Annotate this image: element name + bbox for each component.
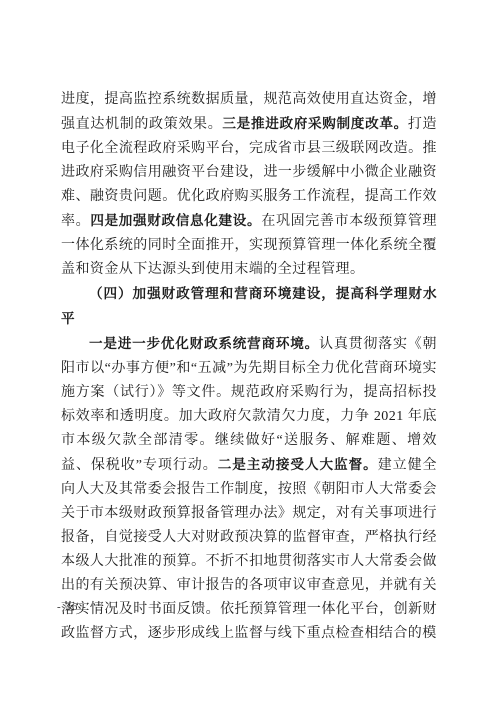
document-body: 进度，提高监控系统数据质量，规范高效使用直达资金，增强直达机制的政策效果。三是推…	[61, 88, 437, 646]
emphasis-text-run: （四）加强财政管理和营商环境建设，提高科学理财水平	[61, 286, 437, 326]
emphasis-text-run: 一是进一步优化财政系统营商环境。	[89, 336, 319, 351]
para-measures: 一是进一步优化财政系统营商环境。认真贯彻落实《朝阳市以“办事方便”和“五减”为先…	[61, 332, 437, 646]
document-page: 进度，提高监控系统数据质量，规范高效使用直达资金，增强直达机制的政策效果。三是推…	[0, 0, 496, 701]
page-number: - 26 -	[57, 601, 87, 613]
body-text-run: 认真贯彻落实《朝阳市以“办事方便”和“五减”为先期目标全力优化营商环境实施方案（…	[61, 337, 437, 473]
para-continuation: 进度，提高监控系统数据质量，规范高效使用直达资金，增强直达机制的政策效果。三是推…	[61, 88, 437, 282]
heading-section-four: （四）加强财政管理和营商环境建设，提高科学理财水平	[61, 282, 437, 332]
emphasis-text-run: 四是加强财政信息化建设。	[90, 213, 261, 228]
body-text-run: 建立健全向人大及其常委会报告工作制度，按照《朝阳市人大常委会关于市本级财政预算报…	[61, 458, 437, 641]
emphasis-text-run: 二是主动接受人大监督。	[218, 457, 378, 472]
emphasis-text-run: 三是推进政府采购制度改革。	[222, 116, 407, 131]
